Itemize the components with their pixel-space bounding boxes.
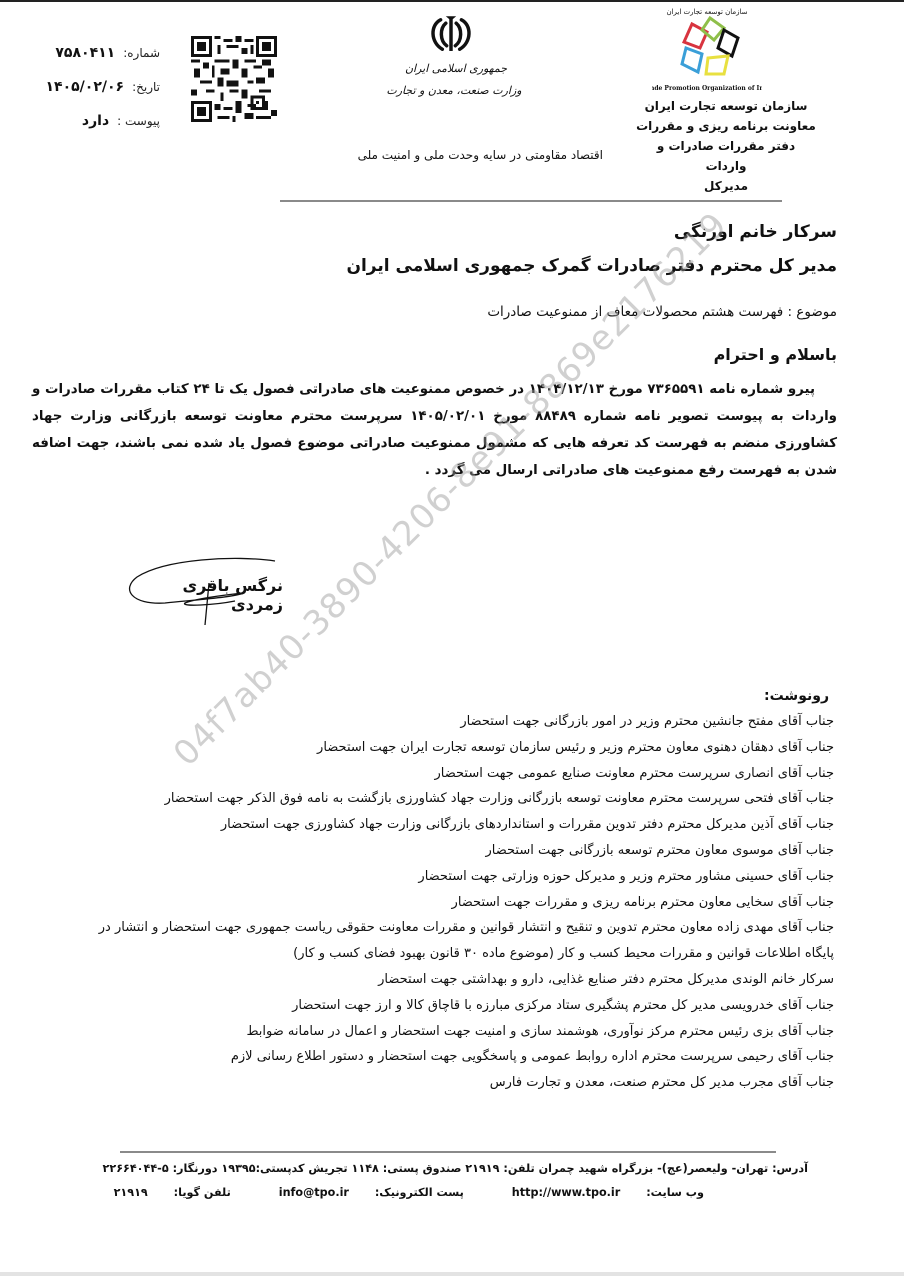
letter-page: شماره: ۷۵۸۰۴۱۱ تاریخ: ۱۴۰۵/۰۲/۰۶ پیوست :… bbox=[0, 0, 904, 1265]
letter-attachment-label: پیوست : bbox=[117, 114, 160, 128]
footer-address: آدرس: تهران- ولیعصر(عج)- بزرگراه شهید چم… bbox=[103, 1162, 808, 1175]
website-link[interactable]: http://www.tpo.ir bbox=[512, 1186, 621, 1199]
svg-text:Trade Promotion Organization o: Trade Promotion Organization of Iran bbox=[652, 85, 762, 92]
greeting: باسلام و احترام bbox=[714, 345, 837, 364]
letter-number-row: شماره: ۷۵۸۰۴۱۱ bbox=[30, 36, 160, 70]
org-line-2: معاونت برنامه ریزی و مقررات bbox=[636, 116, 816, 136]
iran-emblem-icon bbox=[425, 12, 477, 57]
org-line-4: مدیرکل bbox=[636, 176, 816, 196]
footer-divider bbox=[120, 1151, 776, 1153]
cc-item: جناب آقای رحیمی سرپرست محترم اداره روابط… bbox=[24, 1044, 834, 1070]
cc-item: جناب آقای آذین مدیرکل محترم دفتر تدوین م… bbox=[24, 812, 834, 838]
cc-item: جناب آقای مجرب مدیر کل محترم صنعت، معدن … bbox=[24, 1070, 834, 1096]
cc-item: جناب آقای سخایی معاون محترم برنامه ریزی … bbox=[24, 890, 834, 916]
organization-block: سازمان توسعه تجارت ایران معاونت برنامه ر… bbox=[636, 96, 816, 196]
email-group: پست الکترونیک: info@tpo.ir bbox=[257, 1186, 464, 1199]
letter-date-label: تاریخ: bbox=[132, 80, 160, 94]
cc-item: جناب آقای مهدی زاده معاون محترم تدوین و … bbox=[24, 915, 834, 941]
signatory-name: نرگس باقری زمردی bbox=[133, 576, 283, 614]
cc-title: رونوشت: bbox=[764, 688, 829, 704]
org-line-1: سازمان توسعه تجارت ایران bbox=[636, 96, 816, 116]
cc-item: جناب آقای بزی رئیس محترم مرکز نوآوری، هو… bbox=[24, 1019, 834, 1045]
email-label: پست الکترونیک: bbox=[375, 1186, 464, 1199]
phone-value: ۲۱۹۱۹ bbox=[114, 1186, 148, 1199]
letter-meta: شماره: ۷۵۸۰۴۱۱ تاریخ: ۱۴۰۵/۰۲/۰۶ پیوست :… bbox=[30, 36, 160, 138]
cc-item: جناب آقای حسینی مشاور محترم وزیر و مدیرک… bbox=[24, 864, 834, 890]
cc-item: پایگاه اطلاعات قوانین و مقررات محیط کسب … bbox=[24, 941, 834, 967]
website-group: وب سایت: http://www.tpo.ir bbox=[490, 1186, 704, 1199]
letter-body-text: پیرو شماره نامه ۷۳۶۵۵۹۱ مورخ ۱۴۰۴/۱۲/۱۳ … bbox=[32, 382, 837, 478]
cc-item: جناب آقای فتحی سرپرست محترم معاونت توسعه… bbox=[24, 786, 834, 812]
ministry-name: وزارت صنعت، معدن و تجارت bbox=[384, 84, 524, 97]
qr-code-icon bbox=[191, 33, 277, 125]
slogan: اقتصاد مقاومتی در سایه وحدت ملی و امنیت … bbox=[318, 148, 603, 162]
letter-date-row: تاریخ: ۱۴۰۵/۰۲/۰۶ bbox=[30, 70, 160, 104]
addressee-name: سرکار خانم اورنگی bbox=[674, 222, 837, 242]
phone-group: تلفن گویا: ۲۱۹۱۹ bbox=[92, 1186, 231, 1199]
letter-attachment-value: دارد bbox=[82, 113, 109, 129]
cc-item: جناب آقای خدرویسی مدیر کل محترم پشگیری س… bbox=[24, 993, 834, 1019]
cc-item: جناب آقای دهقان دهنوی معاون محترم وزیر و… bbox=[24, 735, 834, 761]
cc-item: جناب آقای موسوی معاون محترم توسعه بازرگا… bbox=[24, 838, 834, 864]
email-link[interactable]: info@tpo.ir bbox=[279, 1186, 349, 1199]
phone-label: تلفن گویا: bbox=[174, 1186, 231, 1199]
website-label: وب سایت: bbox=[646, 1186, 704, 1199]
addressee-title: مدیر کل محترم دفتر صادرات گمرک جمهوری اس… bbox=[346, 256, 837, 276]
cc-list: جناب آقای مفتح جانشین محترم وزیر در امور… bbox=[24, 709, 834, 1096]
bottom-scroll-edge bbox=[0, 1272, 904, 1276]
letter-number-value: ۷۵۸۰۴۱۱ bbox=[55, 45, 115, 61]
header-divider bbox=[280, 200, 782, 202]
org-line-3: دفتر مقررات صادرات و واردات bbox=[636, 136, 816, 176]
footer-contacts: وب سایت: http://www.tpo.ir پست الکترونیک… bbox=[70, 1186, 704, 1199]
letter-date-value: ۱۴۰۵/۰۲/۰۶ bbox=[45, 79, 124, 95]
cc-item: جناب آقای مفتح جانشین محترم وزیر در امور… bbox=[24, 709, 834, 735]
cc-item: سرکار خانم الوندی مدیرکل محترم دفتر صنای… bbox=[24, 967, 834, 993]
letter-number-label: شماره: bbox=[123, 46, 160, 60]
letter-body: پیرو شماره نامه ۷۳۶۵۵۹۱ مورخ ۱۴۰۴/۱۲/۱۳ … bbox=[32, 376, 837, 484]
cc-item: جناب آقای انصاری سرپرست محترم معاونت صنا… bbox=[24, 761, 834, 787]
top-border bbox=[0, 0, 904, 2]
letter-attachment-row: پیوست : دارد bbox=[30, 104, 160, 138]
svg-text:سازمان توسعه تجارت ایران: سازمان توسعه تجارت ایران bbox=[666, 8, 747, 16]
letter-subject: موضوع : فهرست هشتم محصولات معاف از ممنوع… bbox=[487, 304, 837, 320]
tpo-logo-icon: سازمان توسعه تجارت ایران Trade Promotion… bbox=[652, 2, 762, 94]
government-name: جمهوری اسلامی ایران bbox=[396, 62, 516, 75]
